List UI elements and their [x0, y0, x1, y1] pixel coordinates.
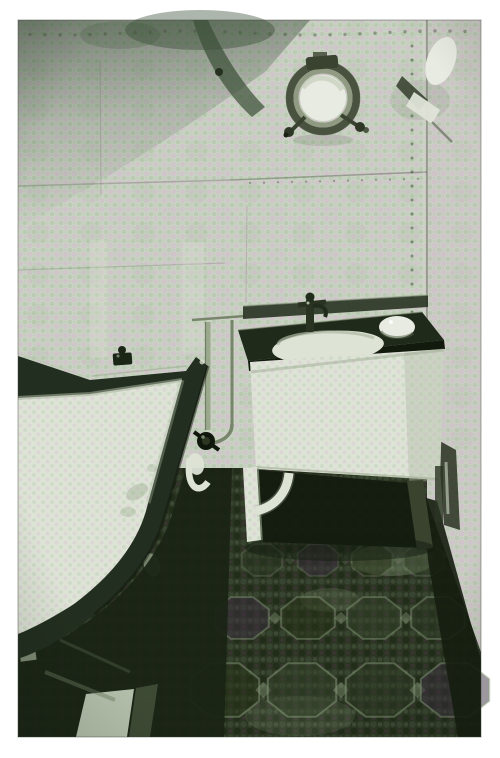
- vintage-photograph: [0, 0, 500, 758]
- bathroom-scene-illustration: [0, 0, 500, 758]
- photo-vignette: [18, 20, 481, 737]
